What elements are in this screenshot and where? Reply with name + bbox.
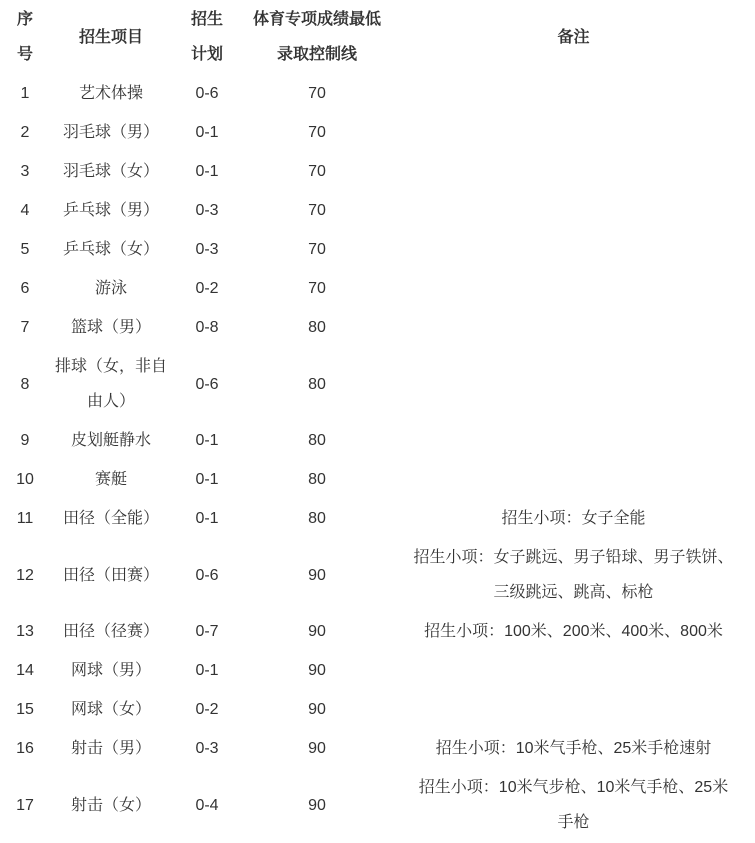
cell-project: 赛艇 [50, 460, 172, 499]
cell-serial: 5 [0, 230, 50, 269]
cell-min-score: 80 [242, 460, 392, 499]
enrollment-table: 序 号 招生项目 招生 计划 体育专项成绩最低 录取控制线 备注 1艺术体操0-… [0, 0, 755, 842]
header-row: 序 号 招生项目 招生 计划 体育专项成绩最低 录取控制线 备注 [0, 0, 755, 74]
cell-project: 射击（女） [50, 768, 172, 842]
cell-serial: 1 [0, 74, 50, 113]
table-row: 10赛艇0-180 [0, 460, 755, 499]
cell-remark [392, 230, 755, 269]
cell-plan: 0-3 [172, 729, 242, 768]
cell-project: 网球（女） [50, 690, 172, 729]
cell-plan: 0-1 [172, 421, 242, 460]
cell-plan: 0-2 [172, 269, 242, 308]
cell-project: 田径（全能） [50, 499, 172, 538]
cell-serial: 11 [0, 499, 50, 538]
cell-min-score: 80 [242, 308, 392, 347]
cell-serial: 13 [0, 612, 50, 651]
header-serial: 序 号 [0, 0, 50, 74]
cell-remark [392, 347, 755, 421]
cell-project: 羽毛球（男） [50, 113, 172, 152]
cell-plan: 0-6 [172, 74, 242, 113]
cell-plan: 0-3 [172, 191, 242, 230]
cell-min-score: 70 [242, 191, 392, 230]
cell-remark [392, 308, 755, 347]
cell-project: 羽毛球（女） [50, 152, 172, 191]
table-row: 11田径（全能）0-180招生小项：女子全能 [0, 499, 755, 538]
cell-remark [392, 152, 755, 191]
cell-plan: 0-1 [172, 499, 242, 538]
cell-project: 网球（男） [50, 651, 172, 690]
cell-project: 田径（径赛） [50, 612, 172, 651]
cell-serial: 9 [0, 421, 50, 460]
cell-plan: 0-1 [172, 152, 242, 191]
cell-project: 乒乓球（女） [50, 230, 172, 269]
cell-project: 田径（田赛） [50, 538, 172, 612]
cell-plan: 0-6 [172, 347, 242, 421]
cell-serial: 10 [0, 460, 50, 499]
cell-plan: 0-3 [172, 230, 242, 269]
cell-remark [392, 113, 755, 152]
cell-project: 排球（女，非自 由人） [50, 347, 172, 421]
cell-remark: 招生小项：10米气手枪、25米手枪速射 [392, 729, 755, 768]
cell-min-score: 90 [242, 768, 392, 842]
cell-min-score: 70 [242, 74, 392, 113]
cell-project: 艺术体操 [50, 74, 172, 113]
table-row: 9皮划艇静水0-180 [0, 421, 755, 460]
cell-serial: 14 [0, 651, 50, 690]
cell-serial: 15 [0, 690, 50, 729]
cell-remark: 招生小项：女子跳远、男子铅球、男子铁饼、 三级跳远、跳高、标枪 [392, 538, 755, 612]
cell-min-score: 90 [242, 651, 392, 690]
cell-remark [392, 460, 755, 499]
cell-project: 射击（男） [50, 729, 172, 768]
table-row: 8排球（女，非自 由人）0-680 [0, 347, 755, 421]
table-header: 序 号 招生项目 招生 计划 体育专项成绩最低 录取控制线 备注 [0, 0, 755, 74]
table-row: 17射击（女）0-490招生小项：10米气步枪、10米气手枪、25米 手枪 [0, 768, 755, 842]
cell-remark: 招生小项：女子全能 [392, 499, 755, 538]
cell-min-score: 70 [242, 152, 392, 191]
table-body: 1艺术体操0-6702羽毛球（男）0-1703羽毛球（女）0-1704乒乓球（男… [0, 74, 755, 842]
cell-serial: 3 [0, 152, 50, 191]
cell-remark: 招生小项：100米、200米、400米、800米 [392, 612, 755, 651]
table-row: 1艺术体操0-670 [0, 74, 755, 113]
cell-remark [392, 651, 755, 690]
cell-project: 游泳 [50, 269, 172, 308]
cell-plan: 0-8 [172, 308, 242, 347]
cell-plan: 0-4 [172, 768, 242, 842]
table-row: 4乒乓球（男）0-370 [0, 191, 755, 230]
cell-serial: 2 [0, 113, 50, 152]
cell-remark [392, 269, 755, 308]
cell-remark [392, 191, 755, 230]
page: 序 号 招生项目 招生 计划 体育专项成绩最低 录取控制线 备注 1艺术体操0-… [0, 0, 755, 843]
cell-serial: 8 [0, 347, 50, 421]
cell-remark [392, 421, 755, 460]
table-row: 3羽毛球（女）0-170 [0, 152, 755, 191]
cell-serial: 7 [0, 308, 50, 347]
table-row: 7篮球（男）0-880 [0, 308, 755, 347]
cell-plan: 0-1 [172, 460, 242, 499]
header-min-score: 体育专项成绩最低 录取控制线 [242, 0, 392, 74]
table-row: 5乒乓球（女）0-370 [0, 230, 755, 269]
cell-plan: 0-1 [172, 651, 242, 690]
cell-min-score: 80 [242, 347, 392, 421]
cell-project: 乒乓球（男） [50, 191, 172, 230]
cell-min-score: 80 [242, 499, 392, 538]
table-row: 16射击（男）0-390招生小项：10米气手枪、25米手枪速射 [0, 729, 755, 768]
cell-serial: 4 [0, 191, 50, 230]
cell-plan: 0-6 [172, 538, 242, 612]
cell-project: 皮划艇静水 [50, 421, 172, 460]
header-plan: 招生 计划 [172, 0, 242, 74]
cell-plan: 0-7 [172, 612, 242, 651]
cell-remark: 招生小项：10米气步枪、10米气手枪、25米 手枪 [392, 768, 755, 842]
header-project: 招生项目 [50, 0, 172, 74]
table-row: 6游泳0-270 [0, 269, 755, 308]
cell-remark [392, 74, 755, 113]
cell-min-score: 70 [242, 113, 392, 152]
cell-min-score: 90 [242, 612, 392, 651]
table-row: 13田径（径赛）0-790招生小项：100米、200米、400米、800米 [0, 612, 755, 651]
header-remark: 备注 [392, 0, 755, 74]
cell-remark [392, 690, 755, 729]
cell-min-score: 80 [242, 421, 392, 460]
cell-plan: 0-1 [172, 113, 242, 152]
cell-min-score: 70 [242, 269, 392, 308]
cell-min-score: 90 [242, 690, 392, 729]
table-row: 12田径（田赛）0-690招生小项：女子跳远、男子铅球、男子铁饼、 三级跳远、跳… [0, 538, 755, 612]
cell-min-score: 90 [242, 729, 392, 768]
cell-serial: 17 [0, 768, 50, 842]
cell-min-score: 90 [242, 538, 392, 612]
cell-serial: 12 [0, 538, 50, 612]
table-row: 15网球（女）0-290 [0, 690, 755, 729]
cell-min-score: 70 [242, 230, 392, 269]
cell-plan: 0-2 [172, 690, 242, 729]
cell-serial: 16 [0, 729, 50, 768]
table-row: 14网球（男）0-190 [0, 651, 755, 690]
cell-serial: 6 [0, 269, 50, 308]
table-row: 2羽毛球（男）0-170 [0, 113, 755, 152]
cell-project: 篮球（男） [50, 308, 172, 347]
